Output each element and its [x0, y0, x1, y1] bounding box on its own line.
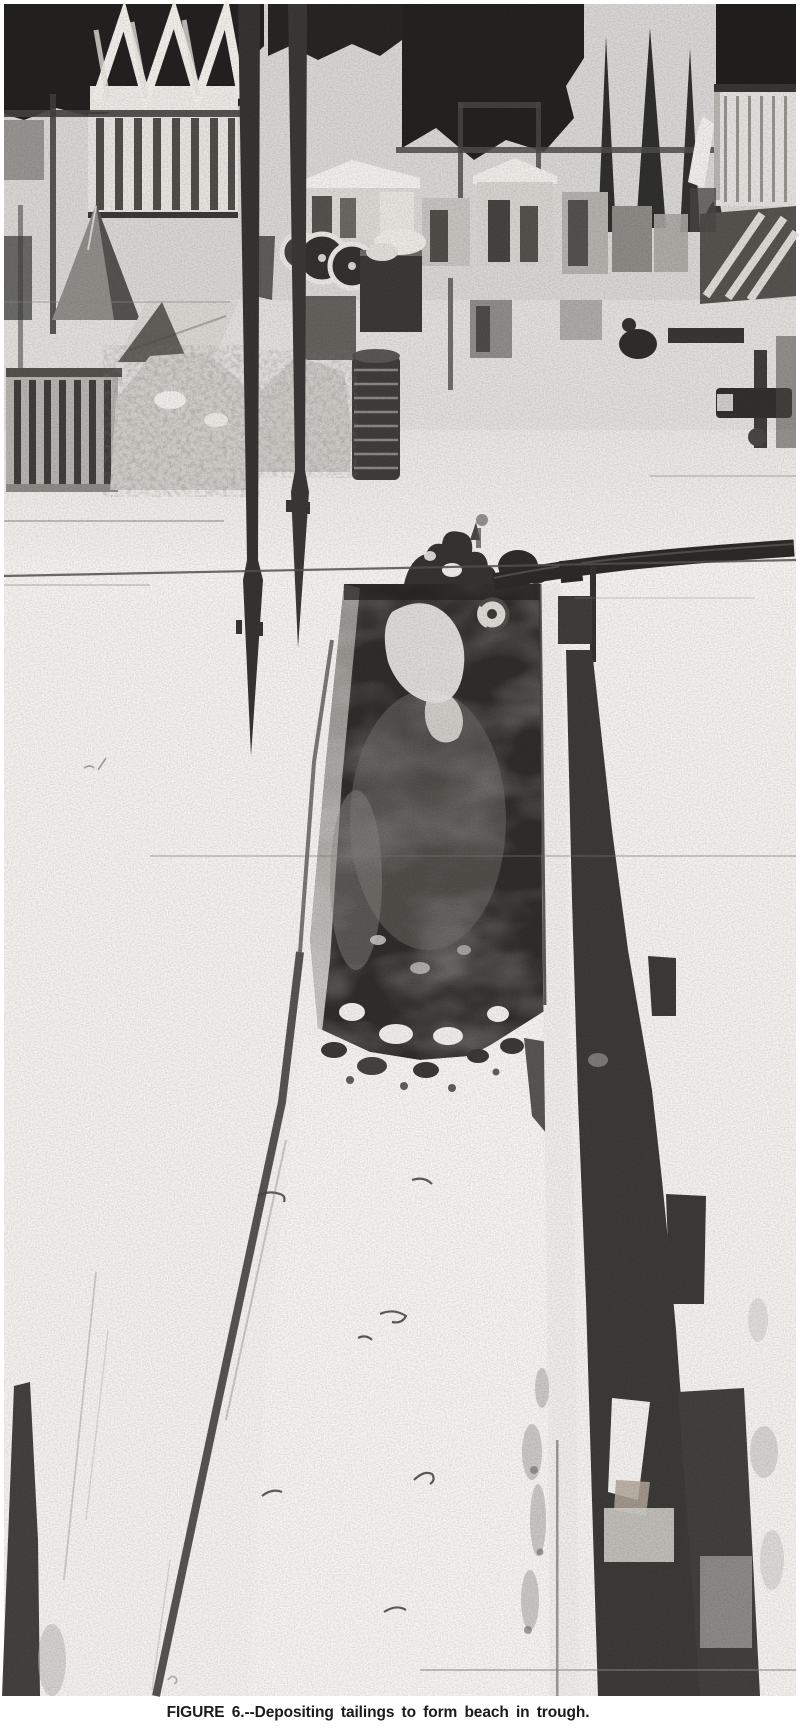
figure-caption: FIGURE 6.--Depositing tailings to form b…	[0, 1696, 778, 1730]
photo-canvas	[0, 0, 800, 1700]
film-grain	[4, 4, 796, 1696]
photograph	[0, 0, 800, 1700]
document-page: FIGURE 6.--Depositing tailings to form b…	[0, 0, 800, 1734]
